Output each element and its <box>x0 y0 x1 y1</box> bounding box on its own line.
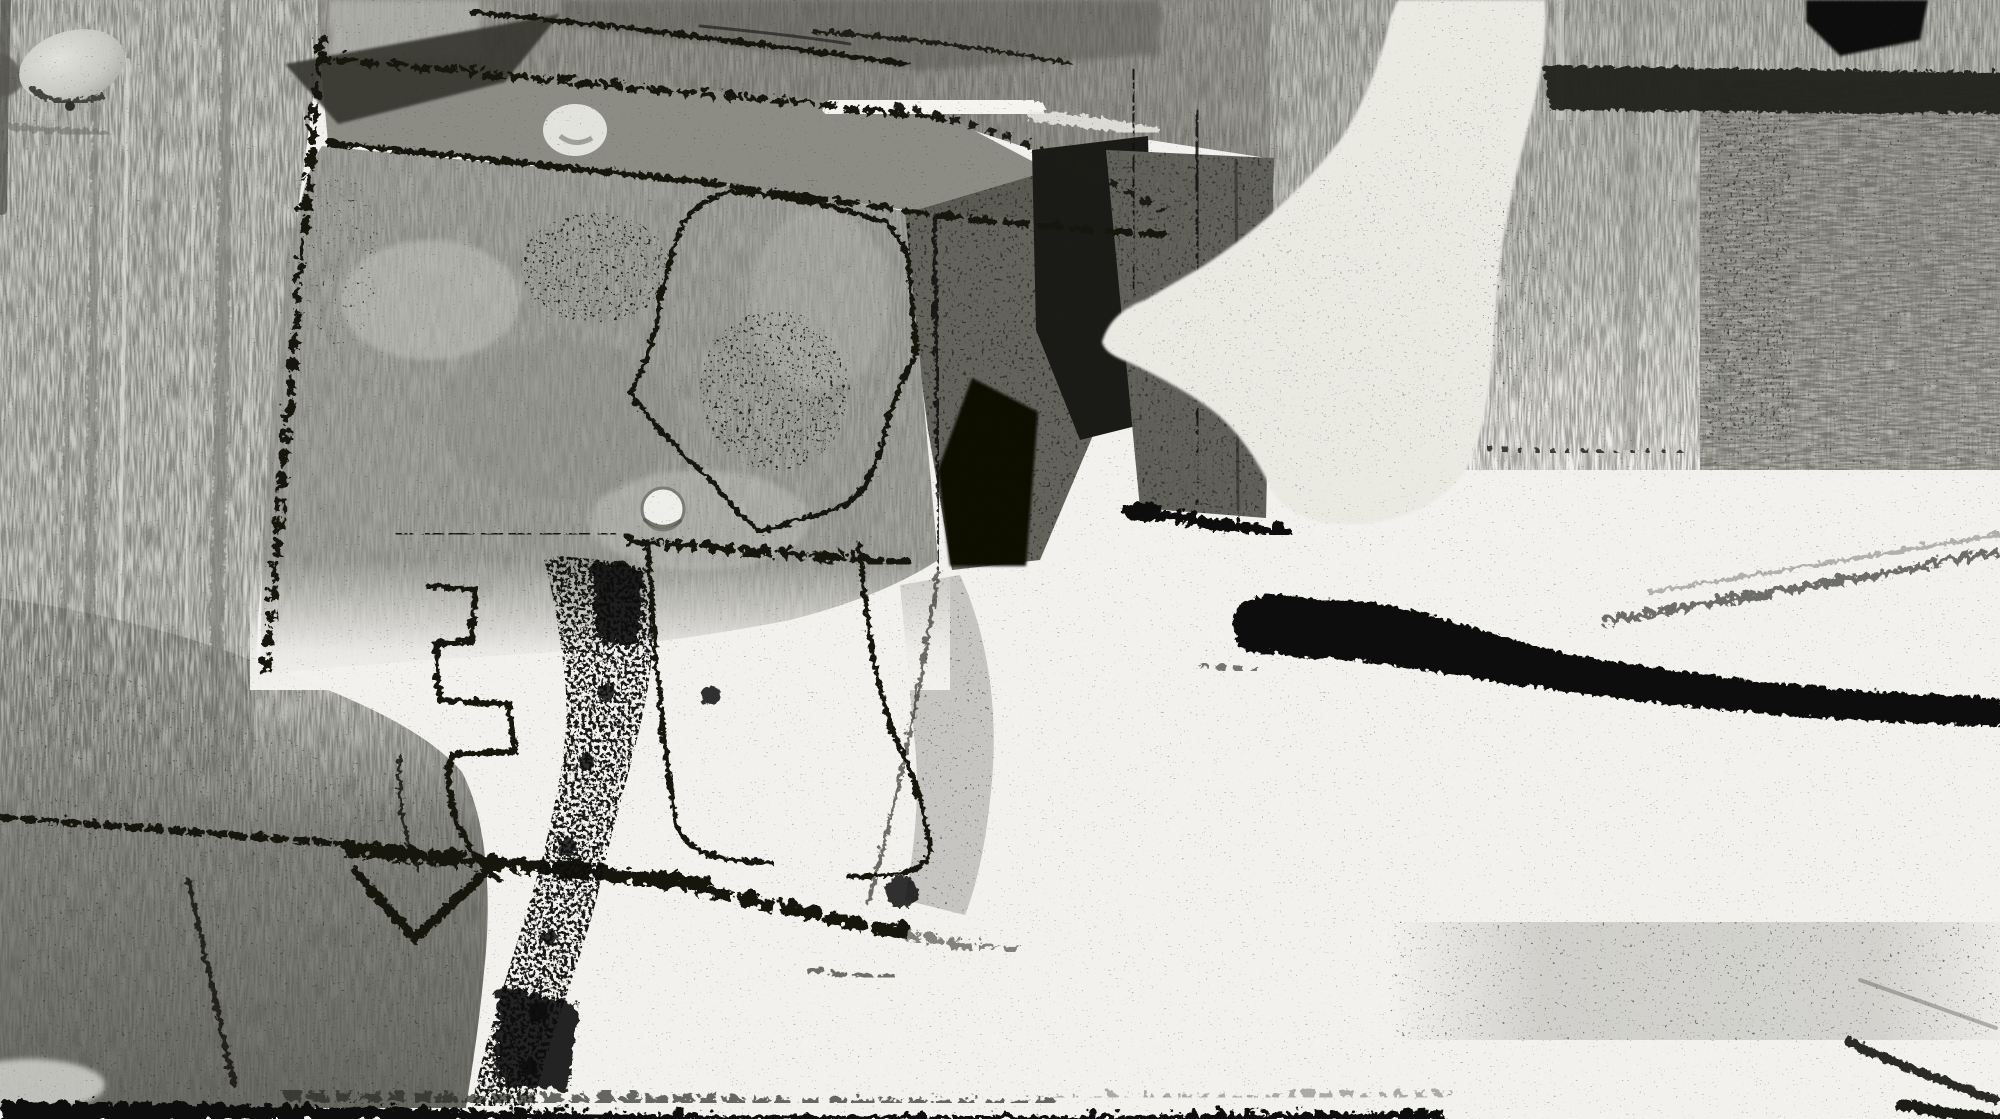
artwork-photo <box>0 0 2000 1119</box>
artwork-canvas <box>0 0 2000 1119</box>
film-grain-overlay <box>0 0 2000 1119</box>
